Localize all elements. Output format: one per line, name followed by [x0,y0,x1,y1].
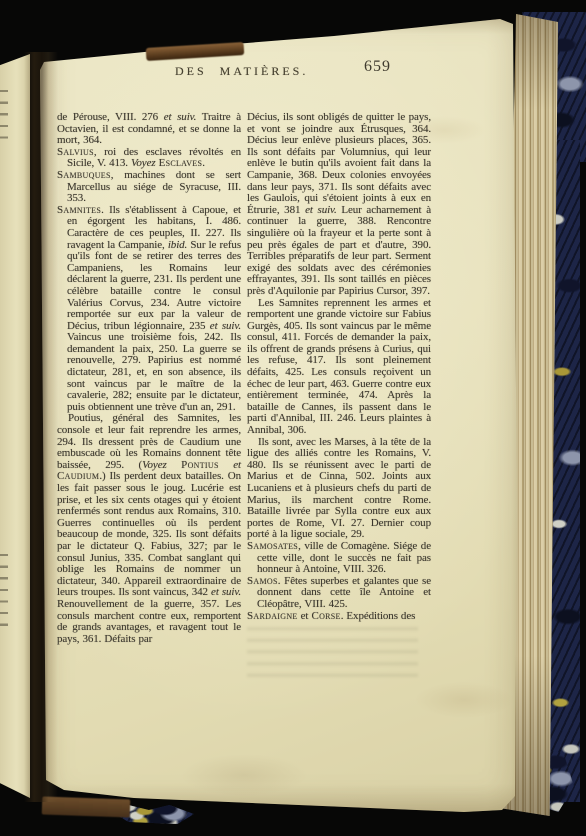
index-paragraph: Poutius, général des Samnites, les conso… [57,413,241,645]
bleedthrough-ghost-text [247,627,418,683]
index-entry: Salvius, roi des esclaves révoltés en Si… [57,147,241,170]
index-entry: Samnites. Ils s'établissent à Capoue, et… [57,205,241,414]
index-entry: Sardaigne et Corse. Expéditions des [247,611,431,623]
facing-page-text-fragments [0,90,8,146]
page-header-title: DES MATIÈRES. [175,64,308,79]
index-paragraph: Les Samnites reprennent les armes et rem… [247,298,431,437]
text-column-right: Décius, ils sont obligés de quitter le p… [247,112,431,683]
facing-page-edge [0,54,30,798]
book-page: DES MATIÈRES. 659 de Pérouse, VIII. 276 … [34,10,526,816]
text-column-left: de Pérouse, VIII. 276 et suiv. Traitre à… [57,112,241,683]
index-paragraph: de Pérouse, VIII. 276 et suiv. Traitre à… [57,112,241,147]
index-entry: Sambuques, machines dont se sert Marcell… [57,170,241,205]
text-columns: de Pérouse, VIII. 276 et suiv. Traitre à… [57,112,431,683]
index-entry: Samos. Fêtes superbes et galantes que se… [247,576,431,611]
page-header: DES MATIÈRES. 659 [57,58,431,86]
index-paragraph: Ils sont, avec les Marses, à la tête de … [247,437,431,541]
index-paragraph: Décius, ils sont obligés de quitter le p… [247,112,431,298]
facing-page-text-fragments [0,554,8,626]
page-content: DES MATIÈRES. 659 de Pérouse, VIII. 276 … [57,58,431,683]
index-entry: Samosates, ville de Comagène. Siége de c… [247,541,431,576]
page-number: 659 [364,58,391,76]
leather-binding-edge [42,796,131,817]
